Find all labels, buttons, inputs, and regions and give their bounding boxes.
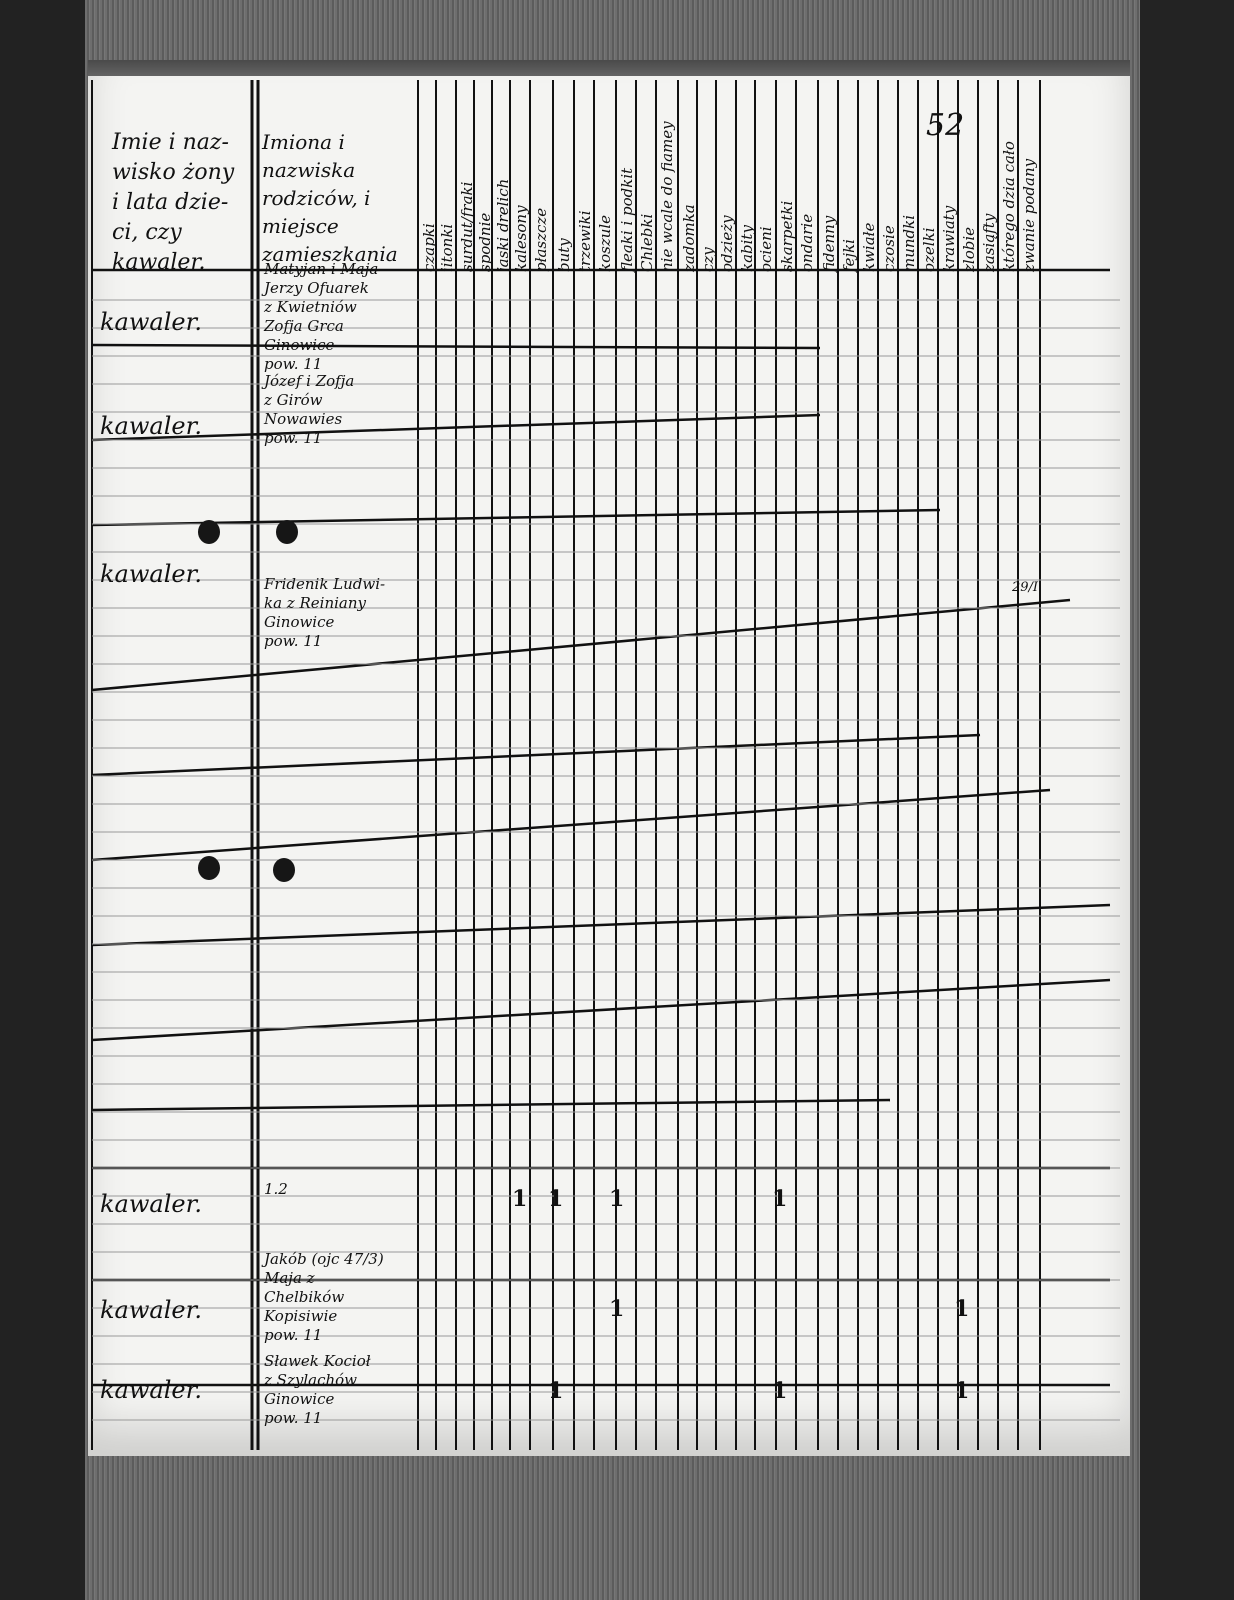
column-header-vertical: surdut/fraki [457, 92, 477, 272]
tally-mark: 1 [548, 1186, 563, 1212]
column-header-groom-status: Imie i naz- wisko żony i lata dzie- ci, … [112, 128, 234, 278]
column-header-vertical: czy [698, 92, 718, 272]
column-header-vertical: skarpetki [777, 92, 797, 272]
tally-mark: 1 [954, 1296, 969, 1322]
column-header-vertical: mundki [899, 92, 919, 272]
column-header-vertical: zwanie podany [1019, 92, 1039, 272]
column-header-vertical: odzieży [717, 92, 737, 272]
parents-residence: Fridenik Ludwi- ka z Reiniany Ginowice p… [264, 575, 385, 651]
column-header-vertical: kalesony [511, 92, 531, 272]
column-header-parents: Imiona i nazwiska rodziców, i miejsce za… [262, 128, 398, 268]
punch-hole [276, 520, 298, 544]
column-header-vertical: koszule [595, 92, 615, 272]
groom-status: kawaler. [100, 308, 202, 336]
parents-residence: Sławek Kocioł z Szylachów Ginowice pow. … [264, 1352, 371, 1428]
groom-status: kawaler. [100, 1190, 202, 1218]
punch-hole [198, 856, 220, 880]
groom-status: kawaler. [100, 1376, 202, 1404]
column-header-vertical: kwiałe [859, 92, 879, 272]
groom-status: kawaler. [100, 560, 202, 588]
parents-residence: Józef i Zofja z Girów Nowawies pow. 11 [264, 372, 354, 448]
column-header-vertical: jaski drelich [493, 92, 513, 272]
groom-status: kawaler. [100, 1296, 202, 1324]
column-header-vertical: którego dzia cało [999, 92, 1019, 272]
page-number: 52 [926, 108, 964, 143]
column-header-vertical: trzewiki [575, 92, 595, 272]
tally-mark: 1 [954, 1378, 969, 1404]
column-header-vertical: fleaki i podkit [617, 92, 637, 272]
column-header-vertical: buty [554, 92, 574, 272]
column-header-vertical: zadomka [679, 92, 699, 272]
column-header-vertical: spodnie [475, 92, 495, 272]
margin-note: 29/I [1012, 580, 1038, 595]
punch-hole [273, 858, 295, 882]
parents-residence: Jakób (ojc 47/3) Maja z Chelbików Kopisi… [264, 1250, 384, 1345]
column-header-vertical: Chlebki [637, 92, 657, 272]
column-header-vertical: kabity [737, 92, 757, 272]
column-header-vertical: fidenny [819, 92, 839, 272]
column-header-vertical: zasiąfty [979, 92, 999, 272]
column-header-vertical: ondarie [797, 92, 817, 272]
parents-residence: Matyjan i Maja Jerzy Ofuarek z Kwietniów… [264, 260, 378, 374]
tally-mark: 1 [772, 1186, 787, 1212]
tally-mark: 1 [772, 1378, 787, 1404]
parents-residence: 1.2 [264, 1180, 288, 1199]
column-header-vertical: czapki [419, 92, 439, 272]
column-header-vertical: czosie [879, 92, 899, 272]
column-header-vertical: iitonki [437, 92, 457, 272]
tally-mark: 1 [609, 1186, 624, 1212]
groom-status: kawaler. [100, 412, 202, 440]
column-header-vertical: płaszcze [531, 92, 551, 272]
column-header-vertical: fejki [839, 92, 859, 272]
punch-hole [198, 520, 220, 544]
column-header-vertical: ocieni [756, 92, 776, 272]
tally-mark: 1 [548, 1378, 563, 1404]
tally-mark: 1 [512, 1186, 527, 1212]
tally-mark: 1 [609, 1296, 624, 1322]
column-header-vertical: nie wcale do fiamey [657, 92, 677, 272]
